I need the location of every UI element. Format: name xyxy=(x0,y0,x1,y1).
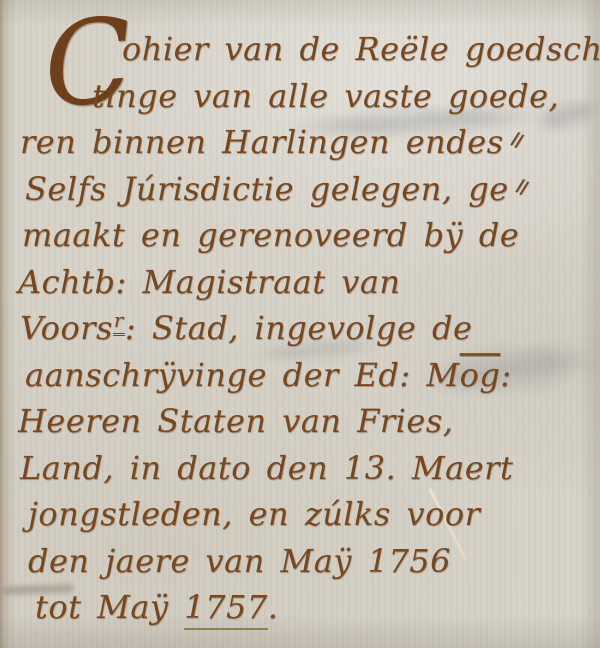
line-text: aanschrÿvinge der Ed: M xyxy=(25,356,460,394)
manuscript-line: Heeren Staten van Fries, xyxy=(18,398,596,445)
manuscript-text: ohier van de Reële goedschat, tinge van … xyxy=(18,26,596,631)
line-text: : Stad, ingevolge de xyxy=(125,309,473,347)
overlined-abbreviation: og xyxy=(460,356,501,394)
superscript-abbreviation: r xyxy=(113,309,125,336)
line-text: : xyxy=(500,356,511,394)
line-text: Selfs Júrisdictie gelegen, ge xyxy=(25,170,509,208)
line-text: Land, in dato den 13. Maert xyxy=(20,449,513,487)
line-text: ren binnen Harlingen endes xyxy=(20,123,504,161)
manuscript-line: ohier van de Reële goedschat, xyxy=(18,26,596,73)
line-text: . xyxy=(268,588,279,626)
line-text: Heeren Staten van Fries, xyxy=(18,402,453,440)
manuscript-page: C ohier van de Reële goedschat, tinge va… xyxy=(0,0,600,648)
line-text: jongstleden, en zúlks voor xyxy=(28,495,480,533)
line-text: Voors xyxy=(20,309,113,347)
manuscript-line: Selfs Júrisdictie gelegen, ge= xyxy=(18,166,596,213)
line-text: tinge van alle vaste goede, xyxy=(92,77,559,115)
manuscript-line: tot Maÿ 1757. xyxy=(18,584,596,631)
line-text: Achtb: Magistraat van xyxy=(18,263,401,301)
manuscript-line: Voorsr: Stad, ingevolge de xyxy=(18,305,596,352)
manuscript-line: Achtb: Magistraat van xyxy=(18,259,596,306)
manuscript-line: ren binnen Harlingen endes= xyxy=(18,119,596,166)
manuscript-line: den jaere van Maÿ 1756 xyxy=(18,538,596,585)
manuscript-line: aanschrÿvinge der Ed: Mog: xyxy=(18,352,596,399)
manuscript-line: tinge van alle vaste goede, xyxy=(18,73,596,120)
line-text: tot Maÿ xyxy=(35,588,184,626)
manuscript-line: maakt en gerenoveerd bÿ de xyxy=(18,212,596,259)
manuscript-line: Land, in dato den 13. Maert xyxy=(18,445,596,492)
line-text: den jaere van Maÿ 1756 xyxy=(28,542,451,580)
manuscript-line: jongstleden, en zúlks voor xyxy=(18,491,596,538)
line-text: maakt en gerenoveerd bÿ de xyxy=(22,216,519,254)
line-text: ohier van de Reële goedschat, xyxy=(122,30,600,68)
underlined-year: 1757 xyxy=(184,588,267,630)
